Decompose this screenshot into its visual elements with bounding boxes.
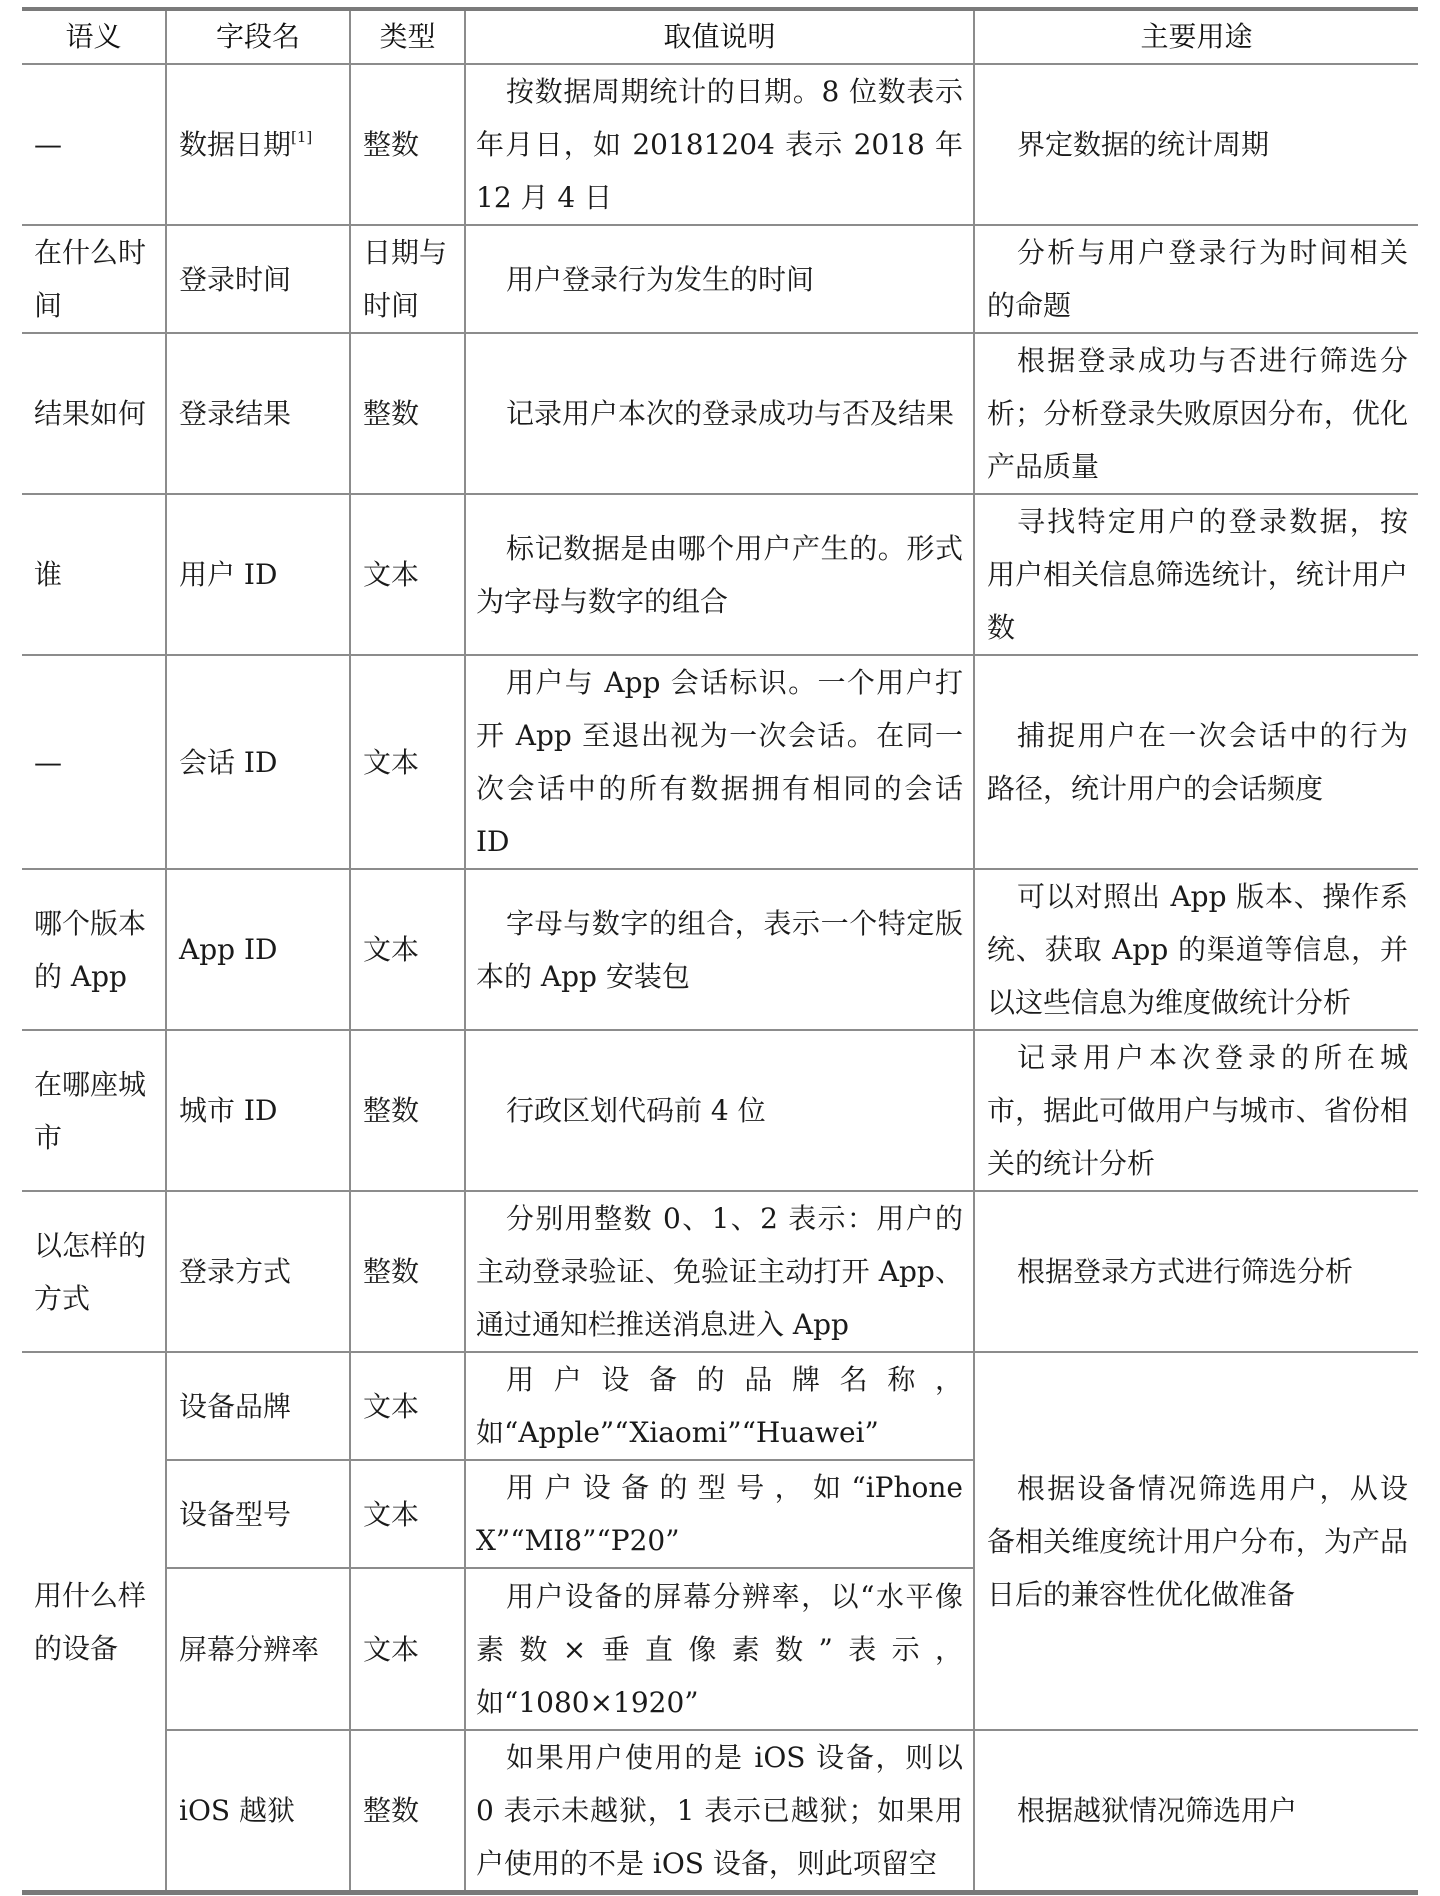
cell-usage-device-shared: 根据设备情况筛选用户，从设备相关维度统计用户分布，为产品日后的兼容性优化做准备 <box>974 1352 1418 1730</box>
cell-usage: 记录用户本次登录的所在城市，据此可做用户与城市、省份相关的统计分析 <box>974 1030 1418 1191</box>
table-row: 在哪座城市 城市 ID 整数 行政区划代码前 4 位 记录用户本次登录的所在城市… <box>22 1030 1418 1191</box>
cell-type: 整数 <box>350 1030 465 1191</box>
header-main-usage: 主要用途 <box>974 9 1418 64</box>
table-row: iOS 越狱 整数 如果用户使用的是 iOS 设备，则以 0 表示未越狱，1 表… <box>22 1730 1418 1893</box>
header-field-name: 字段名 <box>166 9 350 64</box>
header-value-description: 取值说明 <box>465 9 974 64</box>
cell-field: 城市 ID <box>166 1030 350 1191</box>
table-row: 以怎样的方式 登录方式 整数 分别用整数 0、1、2 表示：用户的主动登录验证、… <box>22 1191 1418 1352</box>
cell-type: 文本 <box>350 494 465 655</box>
table-row: — 会话 ID 文本 用户与 App 会话标识。一个用户打开 App 至退出视为… <box>22 655 1418 869</box>
cell-description: 用户设备的型号，如“iPhone X”“MI8”“P20” <box>465 1460 974 1568</box>
cell-description: 按数据周期统计的日期。8 位数表示年月日，如 20181204 表示 2018 … <box>465 64 974 225</box>
cell-field: 设备型号 <box>166 1460 350 1568</box>
cell-semantic: 结果如何 <box>22 333 166 494</box>
cell-usage: 寻找特定用户的登录数据，按用户相关信息筛选统计，统计用户数 <box>974 494 1418 655</box>
table-header-row: 语义 字段名 类型 取值说明 主要用途 <box>22 9 1418 64</box>
table-row: 谁 用户 ID 文本 标记数据是由哪个用户产生的。形式为字母与数字的组合 寻找特… <box>22 494 1418 655</box>
cell-semantic: 在什么时间 <box>22 225 166 333</box>
cell-type: 文本 <box>350 1460 465 1568</box>
table-row: 在什么时间 登录时间 日期与时间 用户登录行为发生的时间 分析与用户登录行为时间… <box>22 225 1418 333</box>
cell-type: 文本 <box>350 1352 465 1460</box>
cell-semantic: — <box>22 64 166 225</box>
cell-usage: 根据登录成功与否进行筛选分析；分析登录失败原因分布，优化产品质量 <box>974 333 1418 494</box>
cell-description: 用户登录行为发生的时间 <box>465 225 974 333</box>
cell-type: 整数 <box>350 1191 465 1352</box>
cell-type: 整数 <box>350 1730 465 1893</box>
cell-description: 记录用户本次的登录成功与否及结果 <box>465 333 974 494</box>
cell-semantic: 以怎样的方式 <box>22 1191 166 1352</box>
header-type: 类型 <box>350 9 465 64</box>
header-semantic: 语义 <box>22 9 166 64</box>
table-row: 用什么样的设备 设备品牌 文本 用户设备的品牌名称，如“Apple”“Xiaom… <box>22 1352 1418 1460</box>
table-row: 哪个版本的 App App ID 文本 字母与数字的组合，表示一个特定版本的 A… <box>22 869 1418 1030</box>
cell-usage: 分析与用户登录行为时间相关的命题 <box>974 225 1418 333</box>
cell-semantic: — <box>22 655 166 869</box>
cell-description: 分别用整数 0、1、2 表示：用户的主动登录验证、免验证主动打开 App、通过通… <box>465 1191 974 1352</box>
cell-usage: 可以对照出 App 版本、操作系统、获取 App 的渠道等信息，并以这些信息为维… <box>974 869 1418 1030</box>
cell-semantic: 哪个版本的 App <box>22 869 166 1030</box>
field-definition-table-container: 语义 字段名 类型 取值说明 主要用途 — 数据日期[1] 整数 按数据周期统计… <box>22 7 1418 1895</box>
cell-field: 数据日期[1] <box>166 64 350 225</box>
cell-description: 如果用户使用的是 iOS 设备，则以 0 表示未越狱，1 表示已越狱；如果用户使… <box>465 1730 974 1893</box>
cell-description: 行政区划代码前 4 位 <box>465 1030 974 1191</box>
cell-field: 用户 ID <box>166 494 350 655</box>
table-row: 结果如何 登录结果 整数 记录用户本次的登录成功与否及结果 根据登录成功与否进行… <box>22 333 1418 494</box>
cell-description: 用户设备的品牌名称，如“Apple”“Xiaomi”“Huawei” <box>465 1352 974 1460</box>
cell-field: 登录时间 <box>166 225 350 333</box>
cell-semantic: 谁 <box>22 494 166 655</box>
field-name-text: 数据日期 <box>179 128 291 161</box>
cell-description: 用户与 App 会话标识。一个用户打开 App 至退出视为一次会话。在同一次会话… <box>465 655 974 869</box>
cell-field: 会话 ID <box>166 655 350 869</box>
cell-type: 整数 <box>350 64 465 225</box>
cell-semantic-device-group: 用什么样的设备 <box>22 1352 166 1893</box>
cell-type: 日期与时间 <box>350 225 465 333</box>
cell-usage: 根据登录方式进行筛选分析 <box>974 1191 1418 1352</box>
cell-type: 文本 <box>350 1568 465 1730</box>
cell-usage: 根据越狱情况筛选用户 <box>974 1730 1418 1893</box>
cell-type: 整数 <box>350 333 465 494</box>
cell-description: 标记数据是由哪个用户产生的。形式为字母与数字的组合 <box>465 494 974 655</box>
cell-field: 登录方式 <box>166 1191 350 1352</box>
cell-description: 用户设备的屏幕分辨率，以“水平像素数×垂直像素数”表示，如“1080×1920” <box>465 1568 974 1730</box>
cell-field: 登录结果 <box>166 333 350 494</box>
field-definition-table: 语义 字段名 类型 取值说明 主要用途 — 数据日期[1] 整数 按数据周期统计… <box>22 7 1418 1895</box>
cell-type: 文本 <box>350 869 465 1030</box>
cell-field: 屏幕分辨率 <box>166 1568 350 1730</box>
cell-description: 字母与数字的组合，表示一个特定版本的 App 安装包 <box>465 869 974 1030</box>
cell-field: App ID <box>166 869 350 1030</box>
cell-field: 设备品牌 <box>166 1352 350 1460</box>
cell-field: iOS 越狱 <box>166 1730 350 1893</box>
table-row: — 数据日期[1] 整数 按数据周期统计的日期。8 位数表示年月日，如 2018… <box>22 64 1418 225</box>
cell-usage: 捕捉用户在一次会话中的行为路径，统计用户的会话频度 <box>974 655 1418 869</box>
footnote-marker: [1] <box>291 128 312 146</box>
cell-type: 文本 <box>350 655 465 869</box>
cell-usage: 界定数据的统计周期 <box>974 64 1418 225</box>
cell-semantic: 在哪座城市 <box>22 1030 166 1191</box>
